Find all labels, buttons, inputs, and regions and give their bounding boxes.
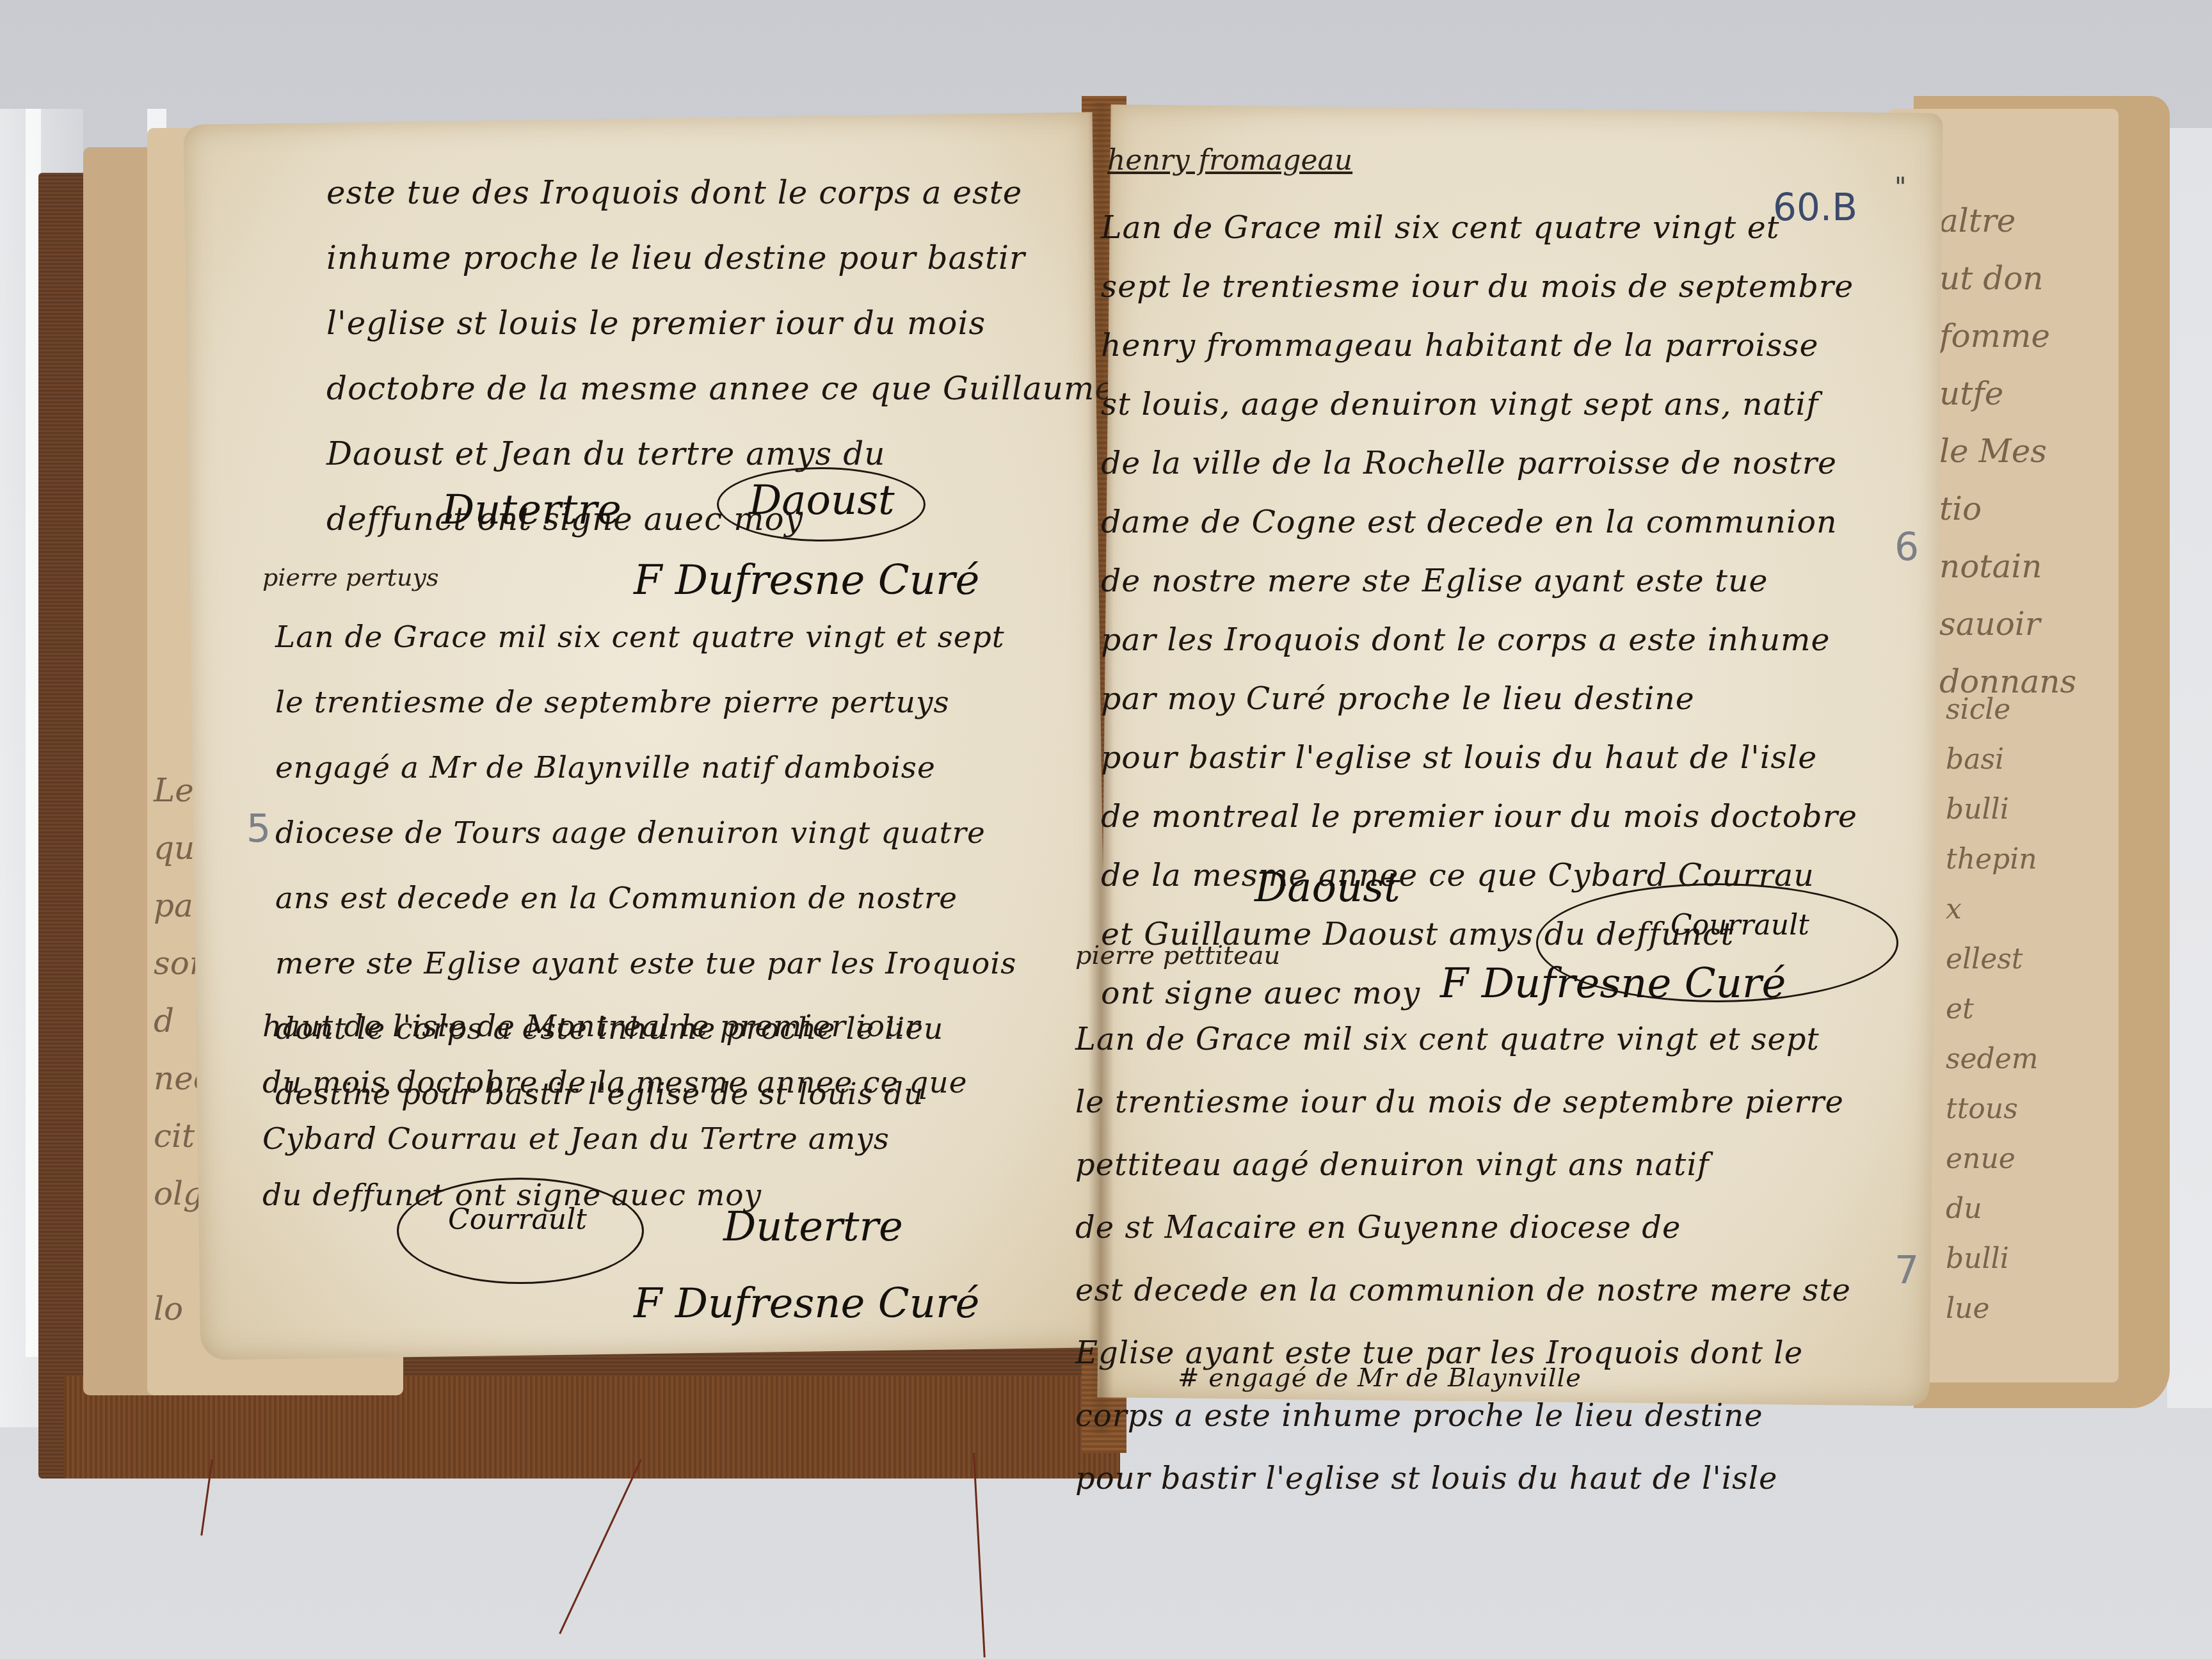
text-line: de montreal le premier iour du mois doct… <box>1101 787 1857 846</box>
signature-cure: F Dufresne Curé <box>634 557 979 604</box>
text-line: par moy Curé proche le lieu destine <box>1101 669 1857 728</box>
text-line: este tue des Iroquois dont le corps a es… <box>326 160 1114 225</box>
left-page-entry-cont: haut de l'isle de Montreal le premier io… <box>262 998 967 1224</box>
text-line: Lan de Grace mil six cent quatre vingt e… <box>1101 198 1857 257</box>
text-line: haut de l'isle de Montreal le premier io… <box>262 998 967 1055</box>
signature-cure-right: F Dufresne Curé <box>1440 960 1786 1007</box>
margin-name-henry-fromageau: henry fromageau <box>1107 144 1352 177</box>
text-line: l'eglise st louis le premier iour du moi… <box>326 291 1114 356</box>
insertion-note: # engagé de Mr de Blaynville <box>1178 1363 1582 1393</box>
right-page-entry-2: Lan de Grace mil six cent quatre vingt e… <box>1075 1008 1851 1510</box>
text-line: diocese de Tours aage denuiron vingt qua… <box>275 801 1016 866</box>
text-line: du mois doctobre de la mesme annee ce qu… <box>262 1055 967 1111</box>
plastic-sleeve-right <box>2167 128 2212 1408</box>
text-line: henry frommageau habitant de la parroiss… <box>1101 316 1857 375</box>
signature-daoust-right: Daoust <box>1254 864 1400 911</box>
text-line: Daoust et Jean du tertre amys du <box>326 421 1114 486</box>
text-line: de nostre mere ste Eglise ayant este tue <box>1101 552 1857 611</box>
text-line: pour bastir l'eglise st louis du haut de… <box>1101 728 1857 787</box>
corner-mark: " <box>1895 173 1906 202</box>
text-line: de la ville de la Rochelle parroisse de … <box>1101 434 1857 493</box>
pencil-mark-7: 7 <box>1895 1248 1919 1293</box>
text-line: par les Iroquois dont le corps a este in… <box>1101 611 1857 669</box>
margin-name-pierre-pettiteau: pierre pettiteau <box>1075 941 1280 970</box>
pencil-mark-6: 6 <box>1895 525 1919 570</box>
text-line: le trentiesme iour du mois de septembre … <box>1075 1071 1851 1134</box>
text-line: mere ste Eglise ayant este tue par les I… <box>275 931 1016 997</box>
signature-flourish <box>717 467 926 541</box>
text-line: pour bastir l'eglise st louis du haut de… <box>1075 1447 1851 1510</box>
text-line: le trentiesme de septembre pierre pertuy… <box>275 670 1016 735</box>
signature-cure-2: F Dufresne Curé <box>634 1280 979 1327</box>
signature-flourish <box>397 1178 644 1284</box>
text-line: ans est decede en la Communion de nostre <box>275 866 1016 931</box>
text-line: de st Macaire en Guyenne diocese de <box>1075 1196 1851 1259</box>
text-line: Lan de Grace mil six cent quatre vingt e… <box>275 605 1016 670</box>
text-line: engagé a Mr de Blaynville natif damboise <box>275 735 1016 801</box>
underlying-page-text-right-lower: sicle basi bulli thepin x ellest et sede… <box>1946 685 2039 1334</box>
loose-thread <box>973 1453 986 1658</box>
text-line: corps a este inhume proche le lieu desti… <box>1075 1384 1851 1447</box>
pencil-mark: 5 <box>246 806 271 851</box>
text-line: dame de Cogne est decede en la communion <box>1101 493 1857 552</box>
text-line: Cybard Courrau et Jean du Tertre amys <box>262 1111 967 1167</box>
signature-dutertre: Dutertre <box>442 486 621 534</box>
loose-thread <box>559 1459 642 1634</box>
signature-dutertre-2: Dutertre <box>723 1203 903 1251</box>
text-line: pettiteau aagé denuiron vingt ans natif <box>1075 1134 1851 1196</box>
text-line: est decede en la communion de nostre mer… <box>1075 1259 1851 1322</box>
text-line: inhume proche le lieu destine pour basti… <box>326 225 1114 291</box>
text-line: Lan de Grace mil six cent quatre vingt e… <box>1075 1008 1851 1071</box>
text-line: doctobre de la mesme annee ce que Guilla… <box>326 356 1114 421</box>
text-line: sept le trentiesme iour du mois de septe… <box>1101 257 1857 316</box>
text-line: st louis, aage denuiron vingt sept ans, … <box>1101 375 1857 434</box>
margin-name-pierre-pertuys: pierre pertuys <box>262 563 439 591</box>
underlying-page-text-right: altre ut don fomme utfe le Mes tio notai… <box>1939 192 2076 710</box>
